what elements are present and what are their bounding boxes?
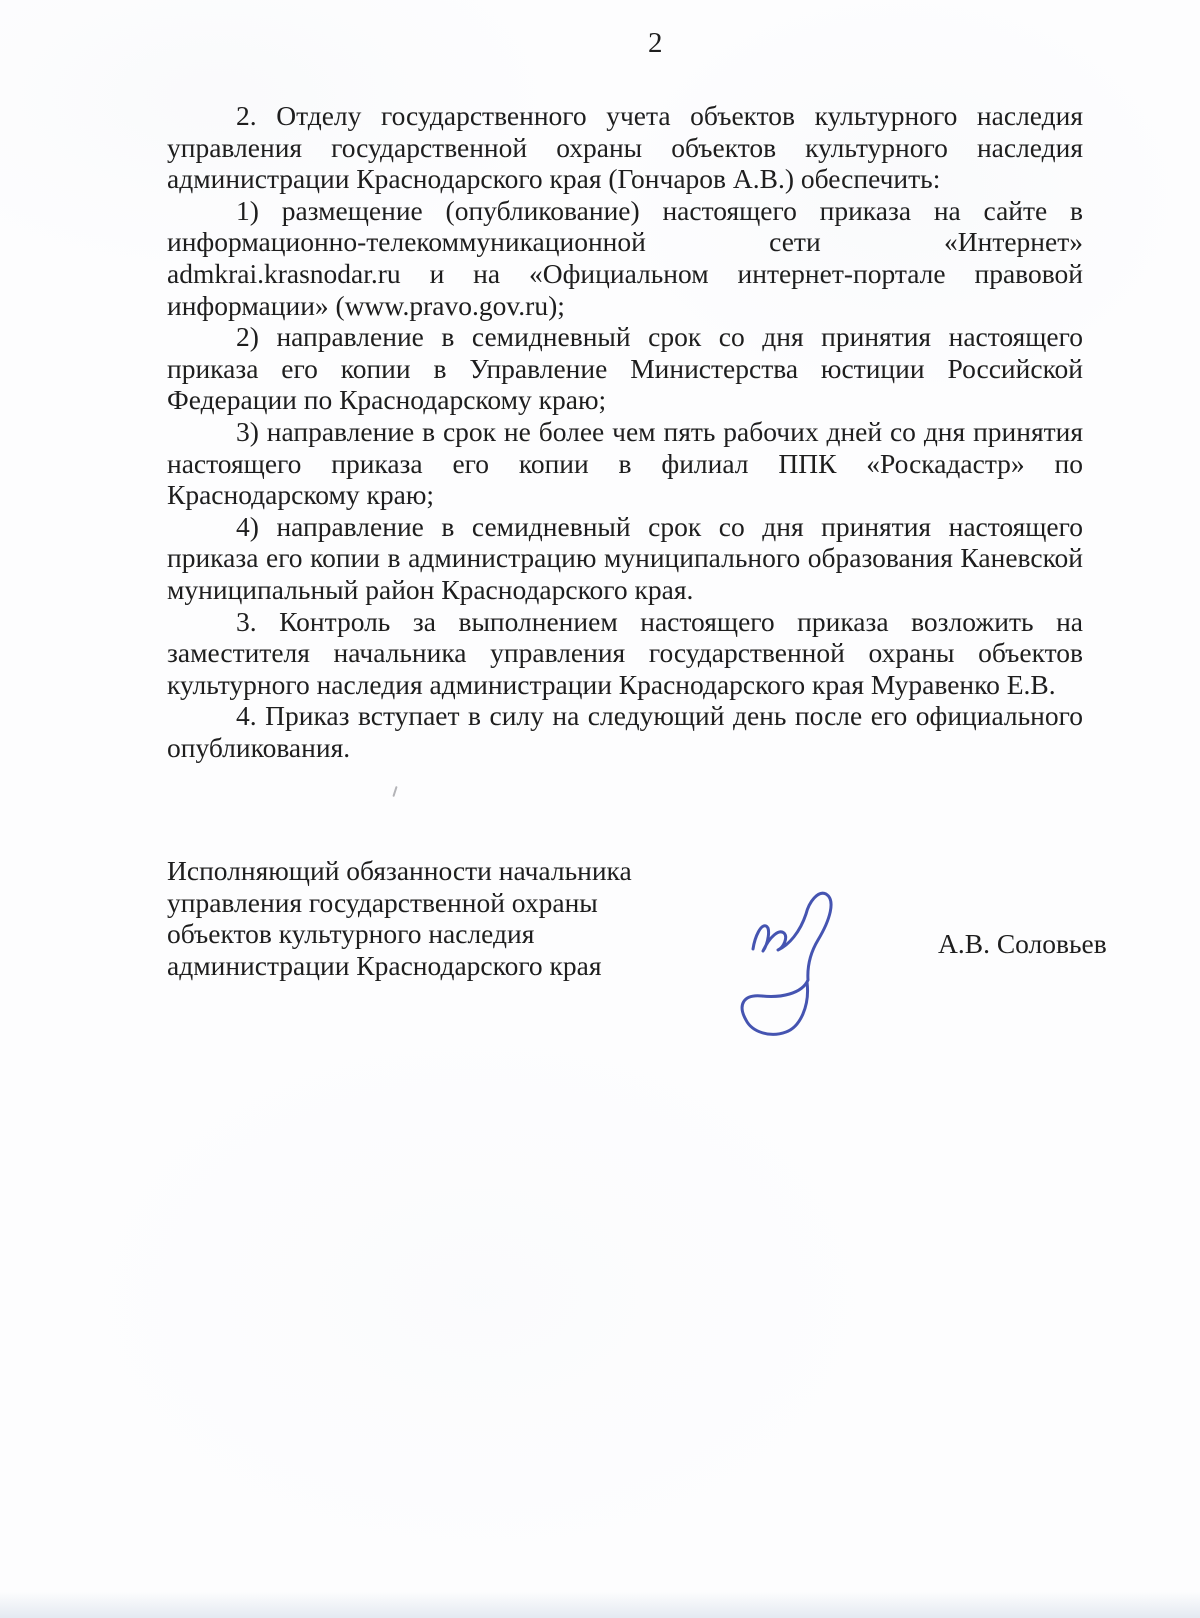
document-body: 2. Отделу государственного учета объекто… (167, 100, 1083, 763)
signer-position-title: Исполняющий обязанности начальника управ… (167, 855, 687, 981)
scan-edge-shadow (0, 1592, 1200, 1618)
document-page: 2 2. Отделу государственного учета объек… (0, 0, 1200, 1618)
paragraph-item-2: 2. Отделу государственного учета объекто… (167, 100, 1083, 195)
signer-position-line: объектов культурного наследия (167, 918, 687, 950)
paragraph-item-4: 4. Приказ вступает в силу на следующий д… (167, 700, 1083, 763)
paragraph-item-3: 3. Контроль за выполнением настоящего пр… (167, 606, 1083, 701)
signer-position-line: Исполняющий обязанности начальника (167, 855, 687, 887)
signer-position-line: администрации Краснодарского края (167, 950, 687, 982)
paragraph-subitem-1: 1) размещение (опубликование) настоящего… (167, 195, 1083, 321)
signature-section: Исполняющий обязанности начальника управ… (0, 855, 1200, 1085)
handwritten-signature-icon (690, 850, 890, 1050)
paragraph-subitem-4: 4) направление в семидневный срок со дня… (167, 511, 1083, 606)
paragraph-subitem-3: 3) направление в срок не более чем пять … (167, 416, 1083, 511)
scan-artifact-mark (392, 786, 397, 797)
paragraph-subitem-2: 2) направление в семидневный срок со дня… (167, 321, 1083, 416)
page-number: 2 (648, 28, 663, 58)
signer-name: А.В. Соловьев (938, 928, 1107, 960)
signer-position-line: управления государственной охраны (167, 887, 687, 919)
